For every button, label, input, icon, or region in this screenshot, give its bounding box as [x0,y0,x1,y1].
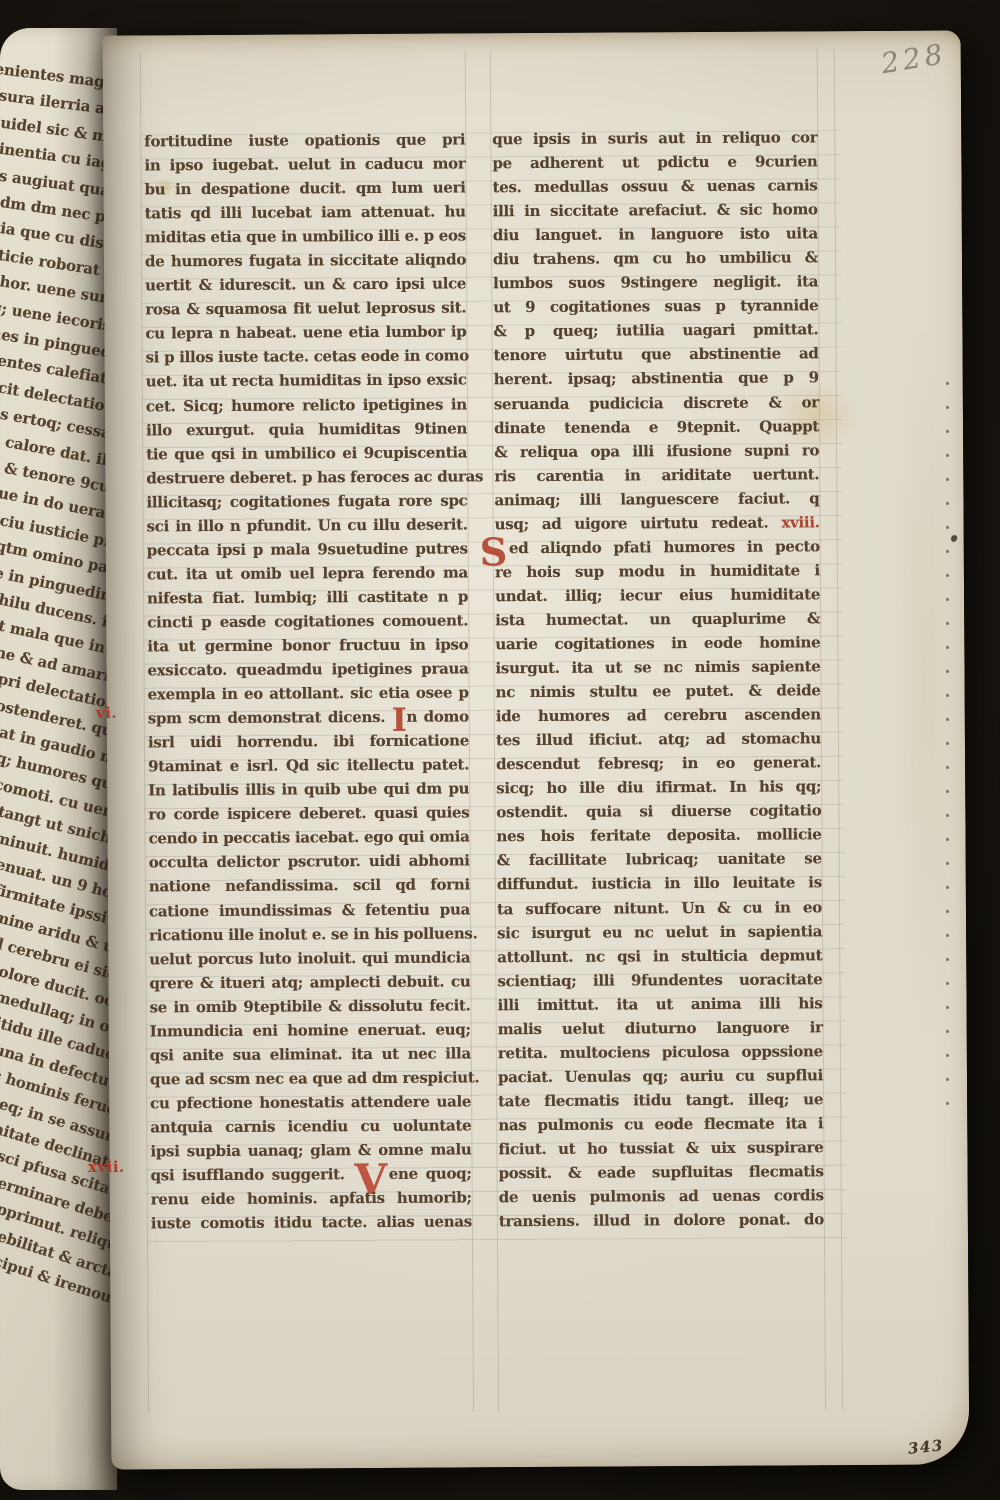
text-segment: qsi isufflando suggerit. [151,1165,353,1184]
pricking-hole [946,1078,949,1081]
manuscript-text-line: illi in siccitate arefaciut. & sic homo [493,197,818,223]
manuscript-text-line: sic isurgut eu nc uelut in sapientia [497,919,822,945]
parchment-stain [894,330,958,1030]
manuscript-text-line: nifesta fiat. lumbiq; illi castitate n p [147,584,468,610]
manuscript-text-line: diu trahens. qm cu ho umbilicu & [493,246,818,272]
manuscript-text-line: In latibulis illis in quib ube qui dm pu [148,777,469,803]
manuscript-text-line: ficiut. ut ho tussiat & uix suspirare [498,1135,823,1161]
pricking-hole [946,934,949,937]
manuscript-text-line: illicitasq; cogitationes fugata rore spc [146,488,467,514]
text-segment: ed aliqndo pfati humores in pecto [509,537,820,557]
manuscript-text-line: illi imittut. ita ut anima illi his [497,991,822,1017]
manuscript-text-line: destruere deberet. p has feroces ac dura… [146,464,467,490]
manuscript-text-line: & facillitate lubricaq; uanitate se [497,847,822,873]
manuscript-text-line: uelut porcus luto inoluit. qui mundicia [149,945,470,971]
manuscript-text-line: Inmundicia eni homine eneruat. euq; [150,1017,471,1043]
manuscript-text-line: transiens. illud in dolore ponat. do [499,1207,824,1233]
manuscript-text-line: tatis qd illi lucebat iam attenuat. hu [145,200,466,226]
pricking-hole [946,574,949,577]
manuscript-text-line: de uenis pulmonis ad uenas cordis [499,1183,824,1209]
manuscript-text-line: animaq; illi languescere faciut. q [494,486,819,512]
manuscript-text-line: exempla in eo attollant. sic etia osee p [148,680,469,706]
manuscript-text-line: cendo in peccatis iacebat. ego qui omia [148,825,469,851]
manuscript-text-line: seruanda pudicicia discrete & or [494,390,819,416]
manuscript-text-line: dinate tenenda e 9tepnit. Quappt [494,414,819,440]
manuscript-text-line: malis uelut diuturno languore ir [498,1015,823,1041]
quire-mark: 343 [907,1436,944,1458]
manuscript-text-line: que ipsis in suris aut in reliquo cor [492,125,817,151]
manuscript-page: fortitudine iuste opationis que priin ip… [103,30,970,1469]
manuscript-text-line: occulta delictor pscrutor. uidi abhomi [149,849,470,875]
manuscript-text-line: attollunt. nc qsi in stulticia depmut [497,943,822,969]
manuscript-text-line: cet. Sicq; humore relicto ipetigines in [146,392,467,418]
manuscript-text-line: herent. ipsaq; abstinentia que p 9 [494,366,819,392]
manuscript-text-line: ut 9 cogitationes suas p tyrannide [493,294,818,320]
manuscript-text-line: bu in despatione ducit. qm lum ueri [144,176,465,202]
pricking-hole [946,1006,949,1009]
facing-verso-page: buenientes magis molua sura ilerria acla… [0,28,117,1490]
pricking-hole [946,406,949,409]
folio-number: 228 [879,30,993,80]
manuscript-text-line: ide humores ad cerebru ascenden [496,702,821,728]
manuscript-text-line: ta suffocare nitunt. Un & cu in eo [497,895,822,921]
manuscript-text-line: sicq; ho ille diu ifirmat. In his qq; [496,775,821,801]
manuscript-text-line: possit. & eade supfluitas flecmatis [499,1159,824,1185]
manuscript-text-line: spm scm demonstrat dicens. In domo [148,705,469,731]
manuscript-text-line: uet. ita ut recta humiditas in ipso exsi… [146,368,467,394]
pricking-hole [946,622,949,625]
manuscript-text-line: cu pfectione honestatis attendere uale [150,1089,471,1115]
pricking-hole [946,670,949,673]
manuscript-text-line: natione nefandissima. scil qd forni [149,873,470,899]
manuscript-text-line: que ad scsm nec ea que ad dm respiciut. [150,1065,471,1091]
pricking-hole [946,1030,949,1033]
vertical-rule [834,49,843,1409]
pricking-hole [946,814,949,817]
manuscript-text-line: scientiaq; illi 9fundentes uoracitate [497,967,822,993]
manuscript-text-line: in ipso iugebat. uelut in caducu mor [144,151,465,177]
manuscript-text-line: illo exurgut. quia humiditas 9tinen [146,416,467,442]
manuscript-text-line: tie que qsi in umbilico ei 9cupiscentia [146,440,467,466]
manuscript-text-line: peccata ipsi p mala 9suetudine putres [147,536,468,562]
pricking-hole [946,718,949,721]
manuscript-text-line: descendut febresq; in eo generat. [496,750,821,776]
pricking-hole [946,886,949,889]
manuscript-text-line: isurgut. ita ut se nc nimis sapiente [495,654,820,680]
pricking-hole [946,502,949,505]
manuscript-text-line: qrere & itueri atq; amplecti debuit. cu [149,969,470,995]
manuscript-text-line: paciat. Uenulas qq; auriu cu supflui [498,1063,823,1089]
manuscript-text-line: cincti p easde cogitationes comouent. [147,608,468,634]
manuscript-text-line: isrl uidi horrendu. ibi fornicatione [148,729,469,755]
manuscript-text-line: tes illud ificiut. atq; ad stomachu [496,726,821,752]
manuscript-text-line: sci in illo n pfundit. Un cu illu deseri… [147,512,468,538]
manuscript-text-line: renu eide hominis. apfatis humorib; [151,1185,472,1211]
pricking-hole [946,430,949,433]
pricking-hole [946,526,949,529]
manuscript-text-line: ostendit. quia si diuerse cogitatio [496,799,821,825]
manuscript-text-line: se in omib 9teptibile & dissolutu fecit. [149,993,470,1019]
manuscript-text-line: de humores fugata in siccitate aliqndo [145,248,466,274]
pricking-hole [946,958,949,961]
manuscript-text-line: pe adherent ut pdictu e 9curien [492,149,817,175]
manuscript-text-line: si p illos iuste tacte. cetas eode in co… [146,344,467,370]
manuscript-text-line: uarie cogitationes in eode homine [495,630,820,656]
manuscript-text-line: uertit & idurescit. un & caro ipsi ulce [145,272,466,298]
manuscript-text-line: re hois sup modu in humiditate i [495,558,820,584]
pricking-hole [946,790,949,793]
text-segment: usq; ad uigore uirtutu redeat. [495,513,782,533]
manuscript-text-line: undat. illiq; iecur eius humiditate [495,582,820,608]
manuscript-text-line: tes. medullas ossuu & uenas carnis [492,173,817,199]
manuscript-text-line: ro corde ispicere deberet. quasi quies [148,801,469,827]
manuscript-text-line: cu lepra n habeat. uene etia lumbor ip [145,320,466,346]
manuscript-text-line: exsiccato. queadmdu ipetigines praua [147,656,468,682]
manuscript-text-line: ipsi supbia uanaq; glam & omne malu [150,1137,471,1163]
manuscript-text-line: qsi isufflando suggerit. Vene quoq; [151,1161,472,1187]
text-segment: n domo [406,708,468,726]
manuscript-text-line: ricationu ille inolut e. se in his pollu… [149,921,470,947]
manuscript-text-line: catione imundissimas & fetentiu pua [149,897,470,923]
manuscript-text-line: qsi anite sua eliminat. ita ut nec illa [150,1041,471,1067]
manuscript-text-line: antquia carnis icendiu cu uoluntate [150,1113,471,1139]
pricking-hole [946,550,949,553]
manuscript-text-line: fortitudine iuste opationis que pri [144,127,465,153]
pricking-hole [946,694,949,697]
manuscript-text-line: ista humectat. un quaplurime & [495,606,820,632]
manuscript-text-line: 9taminat e isrl. Qd sic itellectu patet. [148,753,469,779]
pricking-hole [946,1102,949,1105]
manuscript-text-line: tenore uirtutu que abstinentie ad [494,342,819,368]
pricking-hole [946,862,949,865]
manuscript-text-line: iuste comotis itidu tacte. alias uenas [151,1210,472,1236]
manuscript-text-line: cut. ita ut omib uel lepra ferendo ma [147,560,468,586]
margin-chapter-mark-xvii: xvii. [88,1158,125,1176]
manuscript-text-line: tate flecmatis itidu tangt. illeq; ue [498,1087,823,1113]
manuscript-text-line: ris carentia in ariditate uertunt. [494,462,819,488]
text-column-1: fortitudine iuste opationis que priin ip… [144,127,472,1235]
pricking-hole [946,382,949,385]
pricking-hole [946,646,949,649]
pricking-hole [946,766,949,769]
text-segment: ene quoq; [389,1164,472,1183]
manuscript-text-line: miditas etia que in umbilico illi e. p e… [145,224,466,250]
manuscript-text-line: nes hois feritate deposita. mollicie [496,823,821,849]
manuscript-text-line: nc nimis stultu ee putet. & deide [496,678,821,704]
pricking-hole [946,478,949,481]
pricking-hole [946,982,949,985]
manuscript-text-line: & reliqua opa illi ifusione supni ro [494,438,819,464]
manuscript-text-line: & p queq; iutilia uagari pmittat. [493,318,818,344]
manuscript-text-line: usq; ad uigore uirtutu redeat. xviii. [495,510,820,536]
pricking-hole [946,598,949,601]
pricking-hole [946,1054,949,1057]
pricking-hole [946,742,949,745]
pricking-hole [946,454,949,457]
pricking-hole [946,838,949,841]
text-segment: spm scm demonstrat dicens. [148,708,392,727]
manuscript-text-line: lumbos suos 9stingere negligit. ita [493,270,818,296]
photograph-backdrop: { "document": { "kind": "medieval manusc… [0,0,1000,1500]
manuscript-text-line: Sed aliqndo pfati humores in pecto [495,534,820,560]
manuscript-text-line: ita ut germine bonor fructuu in ipso [147,632,468,658]
manuscript-text-line: retita. multociens piculosa oppssione [498,1039,823,1065]
margin-chapter-mark-vi: vi. [96,704,117,722]
pricking-hole [946,910,949,913]
rubric-text: xviii. [781,513,819,531]
manuscript-text-line: rosa & squamosa fit uelut leprosus sit. [145,296,466,322]
manuscript-text-line: diffundut. iusticia in illo leuitate is [497,871,822,897]
manuscript-text-line: nas pulmonis cu eode flecmate ita i [498,1111,823,1137]
text-column-2: que ipsis in suris aut in reliquo corpe … [492,125,824,1233]
manuscript-text-line: diu languet. in languore isto uita [493,221,818,247]
